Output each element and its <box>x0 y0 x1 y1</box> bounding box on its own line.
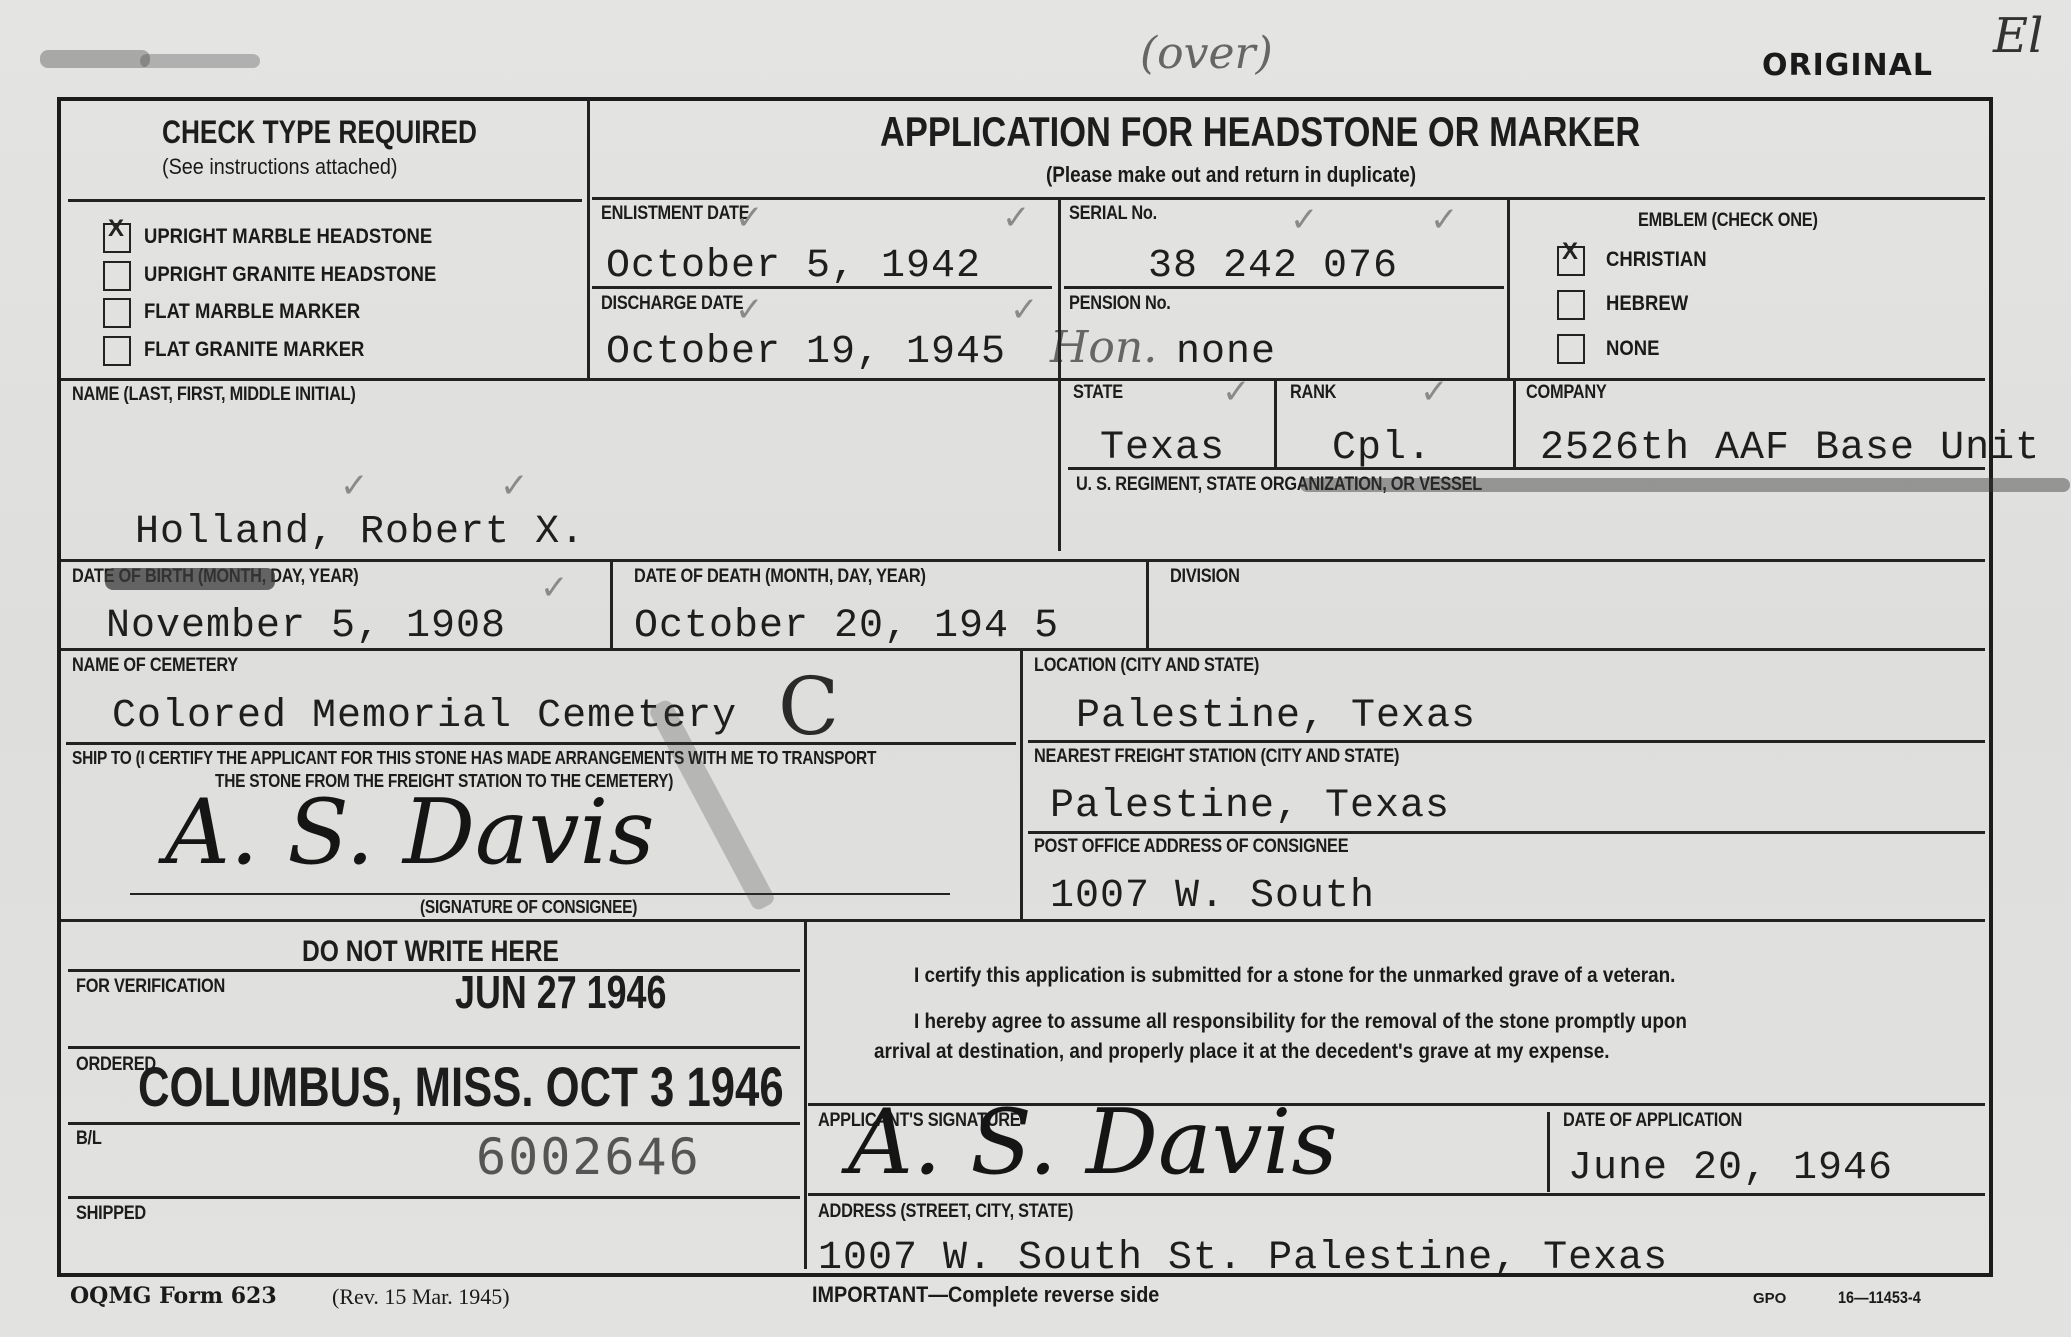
ink-smear <box>1300 478 2070 492</box>
divider <box>1507 199 1510 381</box>
cemetery-annotation: C <box>778 660 839 753</box>
certification-text: I certify this application is submitted … <box>914 964 1675 988</box>
check-mark-icon: ✓ <box>1002 198 1031 238</box>
divider <box>61 648 1985 651</box>
check-mark-icon: ✓ <box>500 466 529 506</box>
freight-station-label: NEAREST FREIGHT STATION (CITY AND STATE) <box>1034 746 1399 768</box>
option-label: UPRIGHT GRANITE HEADSTONE <box>144 263 436 287</box>
check-type-subheading: (See instructions attached) <box>162 154 398 180</box>
serial-number-field[interactable]: 38 242 076 <box>1148 244 1398 289</box>
date-of-death-field[interactable]: October 20, 194 5 <box>634 604 1059 649</box>
divider <box>808 1193 1985 1196</box>
divider <box>804 921 807 1269</box>
cemetery-label: NAME OF CEMETERY <box>72 655 238 677</box>
option-label: UPRIGHT MARBLE HEADSTONE <box>144 225 432 249</box>
divider <box>1547 1112 1550 1192</box>
divider <box>1028 831 1985 834</box>
divider <box>68 1046 800 1049</box>
divider <box>1146 562 1149 648</box>
gpo-mark: GPO <box>1753 1290 1786 1307</box>
print-code: 16—11453-4 <box>1838 1288 1921 1308</box>
state-label: STATE <box>1073 382 1123 404</box>
name-label: NAME (LAST, FIRST, MIDDLE INITIAL) <box>72 384 356 406</box>
divider <box>68 1196 800 1199</box>
checkbox-none[interactable] <box>1557 334 1585 364</box>
option-label: FLAT MARBLE MARKER <box>144 300 360 324</box>
date-of-death-label: DATE OF DEATH (MONTH, DAY, YEAR) <box>634 566 926 588</box>
discharge-date-field[interactable]: October 19, 1945 <box>606 330 1006 375</box>
check-mark-icon: ✓ <box>340 466 369 506</box>
divider <box>1058 199 1061 551</box>
verification-label: FOR VERIFICATION <box>76 976 225 998</box>
ink-smudge <box>140 54 260 68</box>
bl-label: B/L <box>76 1128 102 1150</box>
divider <box>592 197 1985 200</box>
divider <box>1513 381 1516 467</box>
checkbox-upright-granite[interactable] <box>103 261 131 291</box>
honorable-annotation: Hon. <box>1050 322 1157 373</box>
check-mark-icon: ✓ <box>1290 200 1319 240</box>
important-note: IMPORTANT—Complete reverse side <box>812 1282 1159 1308</box>
applicant-address-label: ADDRESS (STREET, CITY, STATE) <box>818 1201 1073 1223</box>
application-date-label: DATE OF APPLICATION <box>1563 1110 1742 1132</box>
divider <box>68 969 800 972</box>
serial-number-label: SERIAL No. <box>1069 203 1157 225</box>
bl-stamp: 6002646 <box>476 1128 701 1186</box>
corner-annotation: El <box>1993 8 2043 64</box>
consignee-address-label: POST OFFICE ADDRESS OF CONSIGNEE <box>1034 836 1348 858</box>
option-label: HEBREW <box>1606 292 1688 316</box>
signature-caption: (SIGNATURE OF CONSIGNEE) <box>420 897 637 918</box>
ship-to-label: SHIP TO (I CERTIFY THE APPLICANT FOR THI… <box>72 748 876 769</box>
divider <box>61 919 1985 922</box>
divider <box>1028 740 1985 743</box>
enlistment-date-field[interactable]: October 5, 1942 <box>606 244 981 289</box>
ink-smear <box>105 568 275 590</box>
divider <box>1274 381 1277 467</box>
emblem-heading: EMBLEM (CHECK ONE) <box>1638 210 1818 232</box>
divider <box>61 378 1985 381</box>
consignee-signature[interactable]: A. S. Davis <box>165 780 655 885</box>
division-label: DIVISION <box>1170 566 1240 588</box>
checkbox-flat-granite[interactable] <box>103 336 131 366</box>
form-id: OQMG Form 623 <box>70 1283 277 1309</box>
agreement-text-continued: arrival at destination, and properly pla… <box>874 1040 1610 1064</box>
form-subtitle: (Please make out and return in duplicate… <box>1046 162 1416 188</box>
state-field[interactable]: Texas <box>1100 426 1225 471</box>
checkbox-upright-marble[interactable] <box>103 223 131 253</box>
form-revision: (Rev. 15 Mar. 1945) <box>332 1284 510 1310</box>
ink-smudge <box>40 50 150 68</box>
pension-number-label: PENSION No. <box>1069 293 1171 315</box>
cemetery-field[interactable]: Colored Memorial Cemetery <box>112 694 737 739</box>
checkbox-hebrew[interactable] <box>1557 290 1585 320</box>
option-label: CHRISTIAN <box>1606 248 1707 272</box>
ordered-stamp: COLUMBUS, MISS. OCT 3 1946 <box>138 1054 784 1119</box>
divider <box>66 742 1016 745</box>
discharge-date-label: DISCHARGE DATE <box>601 293 743 315</box>
divider <box>1068 467 1985 470</box>
divider <box>68 199 582 202</box>
freight-station-field[interactable]: Palestine, Texas <box>1050 784 1450 829</box>
divider <box>592 286 1052 289</box>
applicant-signature[interactable]: A. S. Davis <box>848 1090 1338 1195</box>
location-field[interactable]: Palestine, Texas <box>1076 694 1476 739</box>
option-label: FLAT GRANITE MARKER <box>144 338 364 362</box>
divider <box>68 1122 800 1125</box>
consignee-address-field[interactable]: 1007 W. South <box>1050 874 1375 919</box>
verification-stamp: JUN 27 1946 <box>455 965 666 1019</box>
check-mark-icon: ✓ <box>735 290 764 330</box>
location-label: LOCATION (CITY AND STATE) <box>1034 655 1259 677</box>
agreement-text: I hereby agree to assume all responsibil… <box>914 1010 1687 1034</box>
applicant-address-field[interactable]: 1007 W. South St. Palestine, Texas <box>818 1236 1668 1281</box>
option-label: NONE <box>1606 337 1659 361</box>
divider <box>1020 650 1023 920</box>
name-field[interactable]: Holland, Robert X. <box>135 510 585 555</box>
check-mark-icon: ✓ <box>1420 372 1449 412</box>
check-mark-icon: ✓ <box>1430 200 1459 240</box>
application-date-field[interactable]: June 20, 1946 <box>1568 1146 1893 1191</box>
document-page: (over) ORIGINAL El CHECK TYPE REQUIRED (… <box>0 0 2071 1337</box>
enlistment-date-label: ENLISTMENT DATE <box>601 203 749 225</box>
date-of-birth-field[interactable]: November 5, 1908 <box>106 604 506 649</box>
check-mark-icon: ✓ <box>1222 372 1251 412</box>
divider <box>61 559 1985 562</box>
rank-field[interactable]: Cpl. <box>1332 426 1432 471</box>
company-label: COMPANY <box>1526 382 1607 404</box>
divider <box>587 99 590 381</box>
checkbox-christian[interactable] <box>1557 246 1585 276</box>
check-type-heading: CHECK TYPE REQUIRED <box>162 114 477 151</box>
check-mark-icon: ✓ <box>540 568 569 608</box>
divider <box>1064 286 1504 289</box>
rank-label: RANK <box>1290 382 1336 404</box>
company-field[interactable]: 2526th AAF Base Unit <box>1540 426 2040 471</box>
check-mark-icon: ✓ <box>735 198 764 238</box>
signature-line <box>130 893 950 895</box>
divider <box>610 562 613 648</box>
checkbox-flat-marble[interactable] <box>103 298 131 328</box>
form-title: APPLICATION FOR HEADSTONE OR MARKER <box>880 108 1640 156</box>
shipped-label: SHIPPED <box>76 1203 146 1225</box>
pension-number-field[interactable]: none <box>1176 330 1276 375</box>
copy-mark: ORIGINAL <box>1762 48 1933 83</box>
margin-annotation: (over) <box>1140 28 1273 79</box>
office-use-heading: DO NOT WRITE HERE <box>302 935 559 969</box>
check-mark-icon: ✓ <box>1010 290 1039 330</box>
